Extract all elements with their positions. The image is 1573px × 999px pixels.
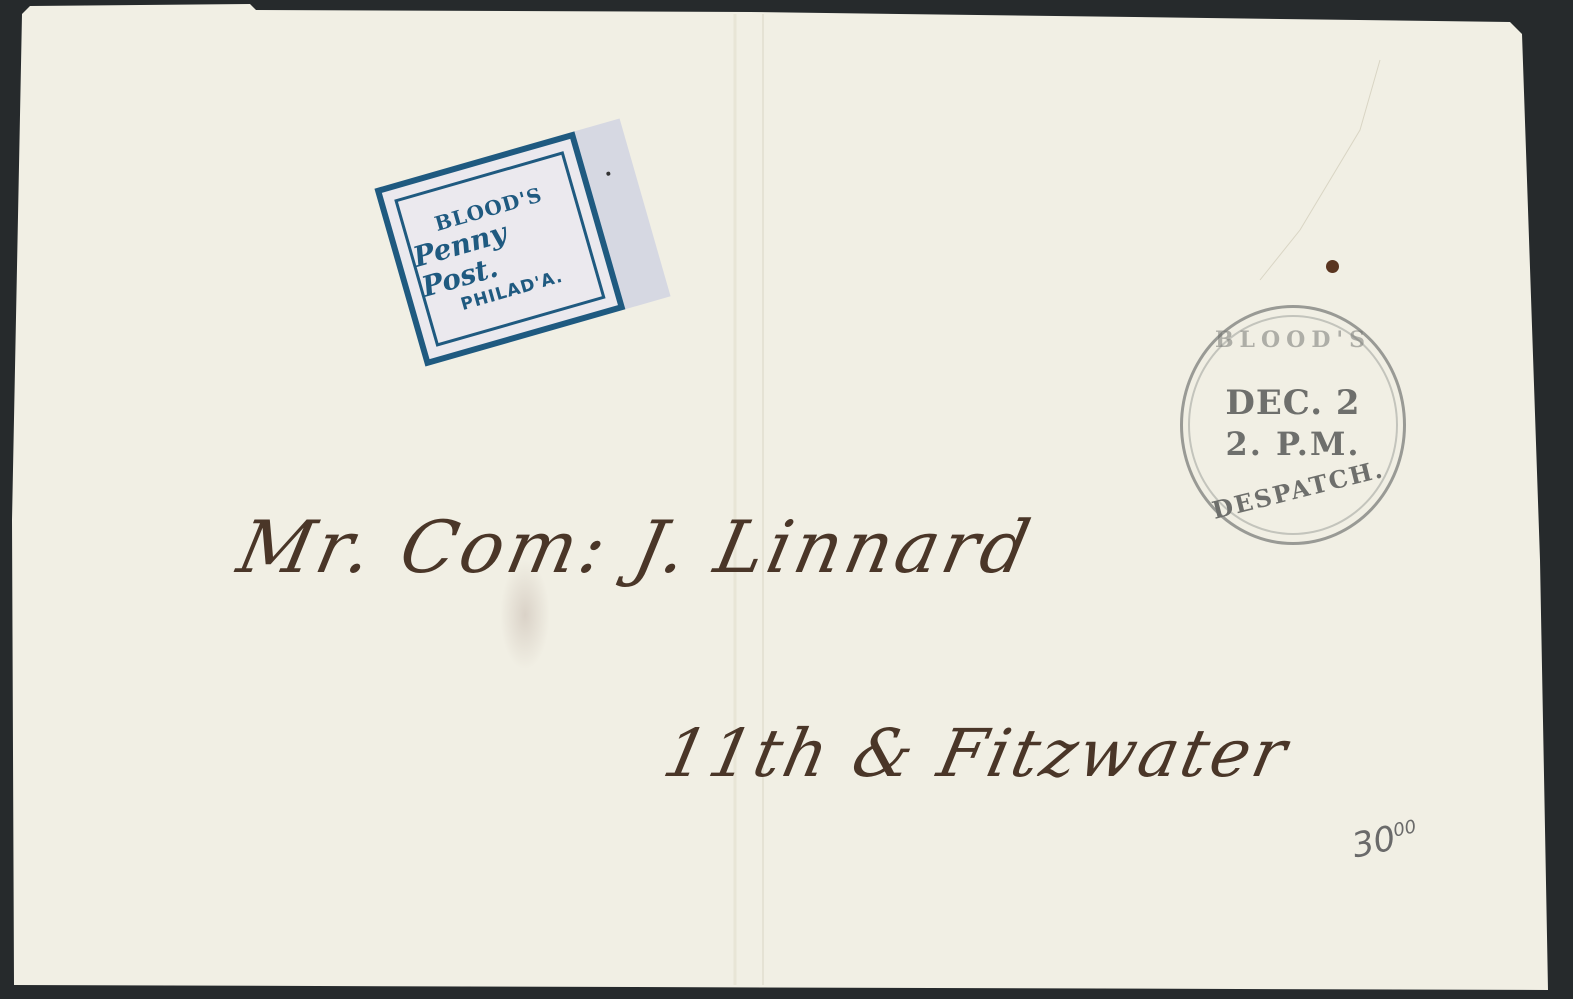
postmark-date: DEC. 2 <box>1180 383 1406 423</box>
rust-spot <box>1326 260 1339 273</box>
stamp-inner-frame: BLOOD'S Penny Post. PHILAD'A. <box>394 151 605 347</box>
price-cents: 00 <box>1391 816 1418 841</box>
postal-cover: BLOOD'S Penny Post. PHILAD'A. BLOOD'S DE… <box>0 0 1573 999</box>
manuscript-addressee: Mr. Com: J. Linnard <box>231 505 1041 589</box>
manuscript-street: 11th & Fitzwater <box>657 715 1296 792</box>
postmark-top-text: BLOOD'S <box>1180 327 1406 353</box>
bloods-despatch-postmark: BLOOD'S DEC. 2 2. P.M. DESPATCH. <box>1180 305 1406 545</box>
